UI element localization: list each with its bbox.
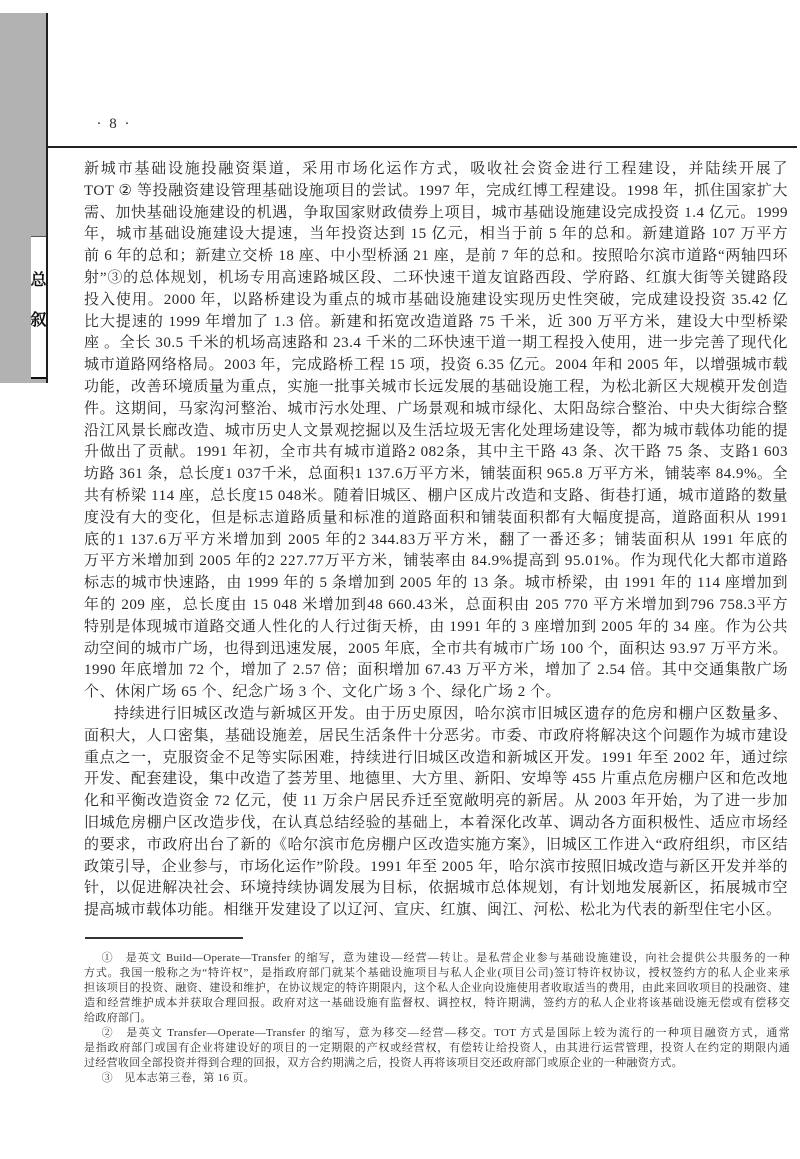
body-line: 年的 209 座，总长度由 15 048 米增加到48 660.43米，总面积由…	[84, 595, 788, 617]
body-line: 提高城市载体功能。相继开发建设了以辽河、宣庆、红旗、闽江、河松、松北为代表的新型…	[84, 900, 788, 922]
body-line: 前 6 年的总和；新建立交桥 18 座、中小型桥涵 21 座，是前 7 年的总和…	[84, 246, 788, 268]
body-line: 座 。全长 30.5 千米的机场高速路和 23.4 千米的二环快速干道一期工程投…	[84, 333, 788, 355]
footnote-line: ① 是英文 Build—Operate—Transfer 的缩写，意为建设—经营…	[84, 951, 790, 966]
body-line: 特别是体现城市道路交通人性化的人行过街天桥，由 1991 年的 3 座增加到 2…	[84, 617, 788, 639]
footnote-line: 方式。我国一般称之为“特许权”，是指政府部门就某个基础设施项目与私人企业(项目公…	[84, 966, 790, 981]
body-line: 持续进行旧城区改造与新城区开发。由于历史原因，哈尔滨市旧城区遗存的危房和棚户区数…	[84, 704, 788, 726]
page-number: · 8 ·	[82, 116, 146, 133]
footnote-separator	[85, 937, 243, 939]
body-line: TOT ② 等投融资建设管理基础设施项目的尝试。1997 年，完成红博工程建设。…	[84, 181, 788, 203]
body-line: 化和平衡改造资金 72 亿元，使 11 万余户居民乔迁至宽敞明亮的新居。从 20…	[84, 791, 788, 813]
body-line: 个、休闲广场 65 个、纪念广场 3 个、文化广场 3 个、绿化广场 2 个。	[84, 682, 788, 704]
body-line: 底的1 137.6万平方米增加到 2005 年的2 344.83万平方米，翻了一…	[84, 530, 788, 552]
chapter-tab-char-top: 总	[31, 273, 47, 289]
body-line: 需、加快基础设施建设的机遇，争取国家财政债券上项目，城市基础设施建设完成投资 1…	[84, 203, 788, 225]
body-line: 针，以促进解决社会、环境持续协调发展为目标，依据城市总体规划，有计划地发展新区，…	[84, 878, 788, 900]
body-line: 标志的城市快速路，由 1999 年的 5 条增加到 2005 年的 13 条。城…	[84, 573, 788, 595]
body-line: 投入使用。2000 年，以路桥建设为重点的城市基础设施建设实现历史性突破，完成建…	[84, 290, 788, 312]
book-page: 总 叙 · 8 · 新城市基础设施投融资渠道，采用市场化运作方式，吸收社会资金进…	[0, 0, 800, 1159]
header-rule	[47, 146, 797, 148]
body-line: 射”③的总体规划，机场专用高速路城区段、二环快速干道友谊路西段、学府路、红旗大街…	[84, 268, 788, 290]
body-line: 沿江风景长廊改造、城市历史人文景观挖掘以及生活垃圾无害化处理场建设等，都为城市载…	[84, 421, 788, 443]
footnote-line: 给政府部门。	[84, 1011, 790, 1026]
body-line: 万平方米增加到 2005 年的2 227.77万平方米，铺装率由 84.9%提高…	[84, 551, 788, 573]
footnote-line: 造和经营维护成本并获取合理回报。政府对这一基础设施有监督权、调控权，特许期满，签…	[84, 996, 790, 1011]
body-line: 重点之一，克服资金不足等实际困难，持续进行旧城区改造和新城区开发。1991 年至…	[84, 748, 788, 770]
footnote-line: 过经营收回全部投资并得到合理的回报，双方合约期满之后，投资人再将该项目交还政府部…	[84, 1056, 790, 1071]
body-line: 动空间的城市广场，也得到迅速发展，2005 年底，全市共有城市广场 100 个，…	[84, 639, 788, 661]
footnote-line: ③ 见本志第三卷，第 16 页。	[84, 1071, 790, 1086]
footnote-line: 是指政府部门或国有企业将建设好的项目的一定期限的产权或经营权，有偿转让给投资人，…	[84, 1041, 790, 1056]
body-line: 年，城市基础设施建设大提速，当年投资达到 15 亿元，相当于前 5 年的总和。新…	[84, 224, 788, 246]
body-line: 的要求，市政府出台了新的《哈尔滨市危房棚户区改造实施方案》，旧城区工作进入“政府…	[84, 835, 788, 857]
body-line: 政策引导，企业参与，市场化运作”阶段。1991 年至 2005 年，哈尔滨市按照…	[84, 857, 788, 879]
chapter-tab: 总 叙	[31, 236, 46, 379]
body-line: 升做出了贡献。1991 年初，全市共有城市道路2 082条，其中主干路 43 条…	[84, 442, 788, 464]
body-line: 新城市基础设施投融资渠道，采用市场化运作方式，吸收社会资金进行工程建设，并陆续开…	[84, 159, 788, 181]
body-line: 功能，改善环境质量为重点，实施一批事关城市长远发展的基础设施工程，为松北新区大规…	[84, 377, 788, 399]
body-line: 城市道路网络格局。2003 年，完成路桥工程 15 项，投资 6.35 亿元。2…	[84, 355, 788, 377]
body-line: 度没有大的变化，但是标志道路质量和标准的道路面积和铺装面积都有大幅度提高，道路面…	[84, 508, 788, 530]
body-text: 新城市基础设施投融资渠道，采用市场化运作方式，吸收社会资金进行工程建设，并陆续开…	[84, 159, 788, 922]
body-line: 开发、配套建设，集中改造了荟芳里、地德里、大方里、新阳、安埠等 455 片重点危…	[84, 769, 788, 791]
body-line: 比大提速的 1999 年增加了 1.3 倍。新建和拓宽改造道路 75 千米，近 …	[84, 312, 788, 334]
body-line: 旧城危房棚户区改造步伐，在认真总结经验的基础上，本着深化改革、调动各方面积极性、…	[84, 813, 788, 835]
body-line: 坊路 361 条，总长度1 037千米，总面积1 137.6万平方米，铺装面积 …	[84, 464, 788, 486]
body-line: 共有桥梁 114 座，总长度15 048米。随着旧城区、棚户区成片改造和支路、街…	[84, 486, 788, 508]
footnotes: ① 是英文 Build—Operate—Transfer 的缩写，意为建设—经营…	[84, 951, 790, 1086]
body-line: 1990 年底增加 72 个，增加了 2.57 倍；面积增加 67.43 万平方…	[84, 660, 788, 682]
chapter-tab-char-bottom: 叙	[31, 313, 47, 329]
body-line: 件。这期间，马家沟河整治、城市污水处理、广场景观和城市绿化、太阳岛综合整治、中央…	[84, 399, 788, 421]
body-line: 面积大，人口密集，基础设施差，居民生活条件十分恶劣。市委、市政府将解决这个问题作…	[84, 726, 788, 748]
footnote-line: ② 是英文 Transfer—Operate—Transfer 的缩写，意为移交…	[84, 1026, 790, 1041]
footnote-line: 担该项目的投资、融资、建设和维护，在协议规定的特许期限内，这个私人企业向设施使用…	[84, 981, 790, 996]
